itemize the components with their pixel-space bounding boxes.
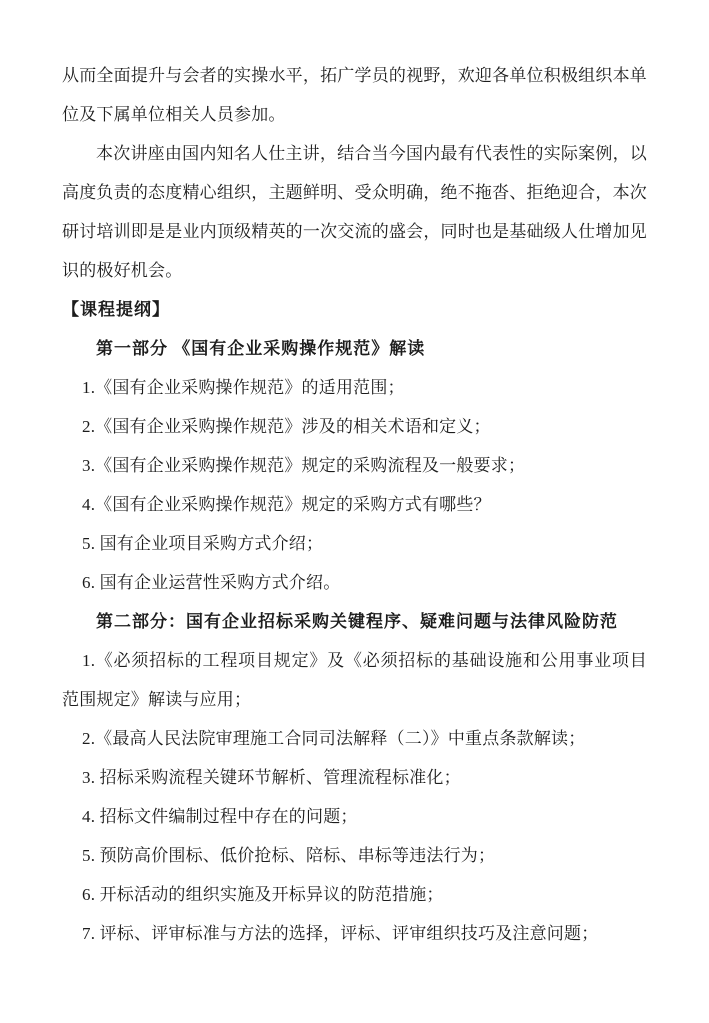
- paragraph-line: 高度负责的态度精心组织，主题鲜明、受众明确，绝不拖沓、拒绝迎合，本次: [62, 173, 647, 212]
- document-page: 从而全面提升与会者的实操水平，拓广学员的视野，欢迎各单位积极组织本单 位及下属单…: [0, 0, 709, 1023]
- course-item: 5. 预防高价围标、低价抢标、陪标、串标等违法行为；: [62, 836, 647, 875]
- course-item: 3. 招标采购流程关键环节解析、管理流程标准化；: [62, 758, 647, 797]
- paragraph-line: 识的极好机会。: [62, 251, 647, 290]
- course-item: 2.《最高人民法院审理施工合同司法解释（二）》中重点条款解读；: [62, 719, 647, 758]
- course-item: 1.《必须招标的工程项目规定》及《必须招标的基础设施和公用事业项目: [62, 641, 647, 680]
- course-item: 4.《国有企业采购操作规范》规定的采购方式有哪些？: [62, 485, 647, 524]
- course-item: 3.《国有企业采购操作规范》规定的采购流程及一般要求；: [62, 446, 647, 485]
- outline-heading: 【课程提纲】: [62, 290, 647, 329]
- paragraph-line: 研讨培训即是是业内顶级精英的一次交流的盛会，同时也是基础级人仕增加见: [62, 212, 647, 251]
- paragraph-line: 位及下属单位相关人员参加。: [62, 95, 647, 134]
- document-content: 从而全面提升与会者的实操水平，拓广学员的视野，欢迎各单位积极组织本单 位及下属单…: [0, 0, 709, 953]
- part2-heading: 第二部分：国有企业招标采购关键程序、疑难问题与法律风险防范: [62, 602, 647, 641]
- course-item: 2.《国有企业采购操作规范》涉及的相关术语和定义；: [62, 407, 647, 446]
- course-item-continuation: 范围规定》解读与应用；: [62, 680, 647, 719]
- course-item: 7. 评标、评审标准与方法的选择，评标、评审组织技巧及注意问题；: [62, 914, 647, 953]
- course-item: 4. 招标文件编制过程中存在的问题；: [62, 797, 647, 836]
- paragraph-line: 本次讲座由国内知名人仕主讲，结合当今国内最有代表性的实际案例，以: [62, 134, 647, 173]
- course-item: 5. 国有企业项目采购方式介绍；: [62, 524, 647, 563]
- part1-heading: 第一部分 《国有企业采购操作规范》解读: [62, 329, 647, 368]
- course-item: 1.《国有企业采购操作规范》的适用范围；: [62, 368, 647, 407]
- course-item: 6. 国有企业运营性采购方式介绍。: [62, 563, 647, 602]
- paragraph-line: 从而全面提升与会者的实操水平，拓广学员的视野，欢迎各单位积极组织本单: [62, 56, 647, 95]
- course-item: 6. 开标活动的组织实施及开标异议的防范措施；: [62, 875, 647, 914]
